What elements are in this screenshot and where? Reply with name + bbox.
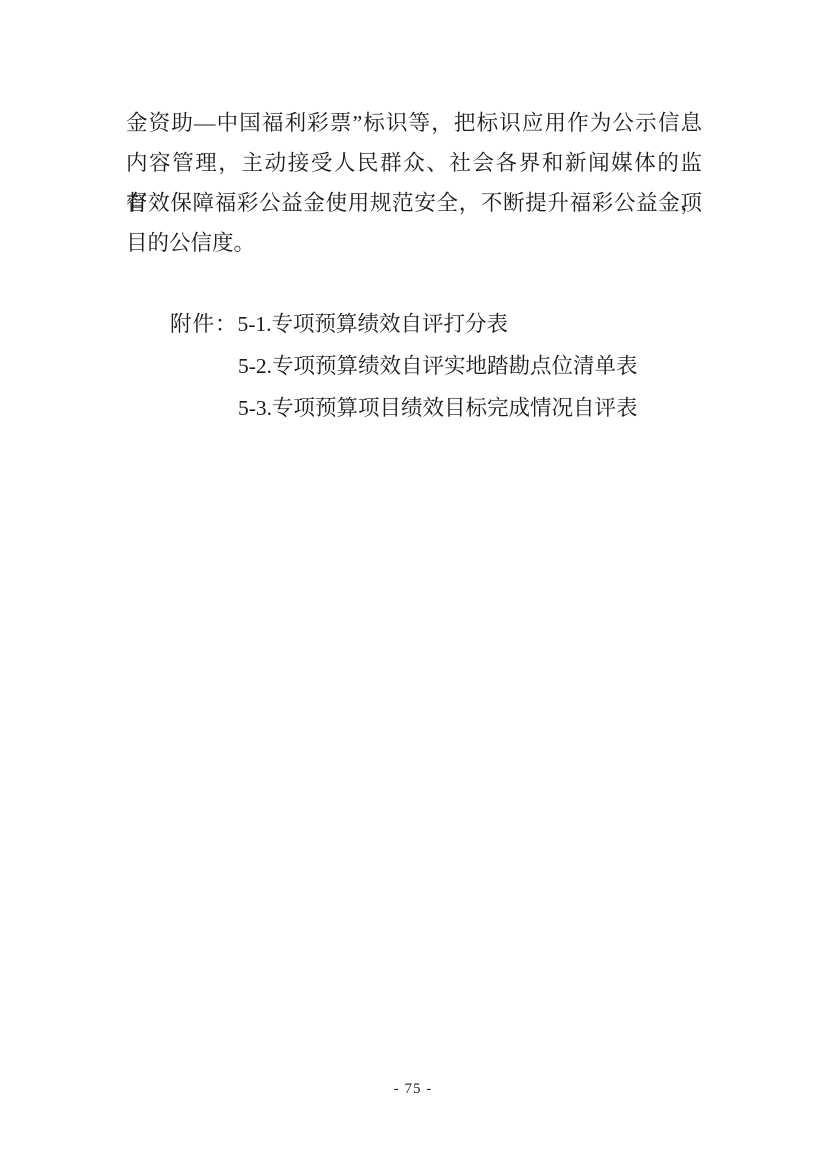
body-paragraph: 金资助—中国福利彩票”标识等，把标识应用作为公示信息 内容管理，主动接受人民群众… <box>126 103 702 263</box>
paragraph-line: 内容管理，主动接受人民群众、社会各界和新闻媒体的监督， <box>126 143 702 183</box>
page-number: - 75 - <box>0 1081 826 1098</box>
paragraph-line: 有效保障福彩公益金使用规范安全，不断提升福彩公益金项 <box>126 183 702 223</box>
attachment-item: 5-1.专项预算绩效自评打分表 <box>238 312 509 336</box>
document-body: 金资助—中国福利彩票”标识等，把标识应用作为公示信息 内容管理，主动接受人民群众… <box>126 103 702 429</box>
attachment-line: 附件：5-1.专项预算绩效自评打分表 <box>170 303 702 345</box>
attachment-item: 5-2.专项预算绩效自评实地踏勘点位清单表 <box>238 345 702 387</box>
attachment-list: 附件：5-1.专项预算绩效自评打分表 5-2.专项预算绩效自评实地踏勘点位清单表… <box>126 303 702 429</box>
paragraph-line: 金资助—中国福利彩票”标识等，把标识应用作为公示信息 <box>126 103 702 143</box>
attachment-item: 5-3.专项预算项目绩效目标完成情况自评表 <box>238 387 702 429</box>
paragraph-line: 目的公信度。 <box>126 223 702 263</box>
paragraph-gap <box>126 263 702 303</box>
document-page: 金资助—中国福利彩票”标识等，把标识应用作为公示信息 内容管理，主动接受人民群众… <box>0 0 826 1169</box>
attachment-label: 附件： <box>170 312 238 336</box>
